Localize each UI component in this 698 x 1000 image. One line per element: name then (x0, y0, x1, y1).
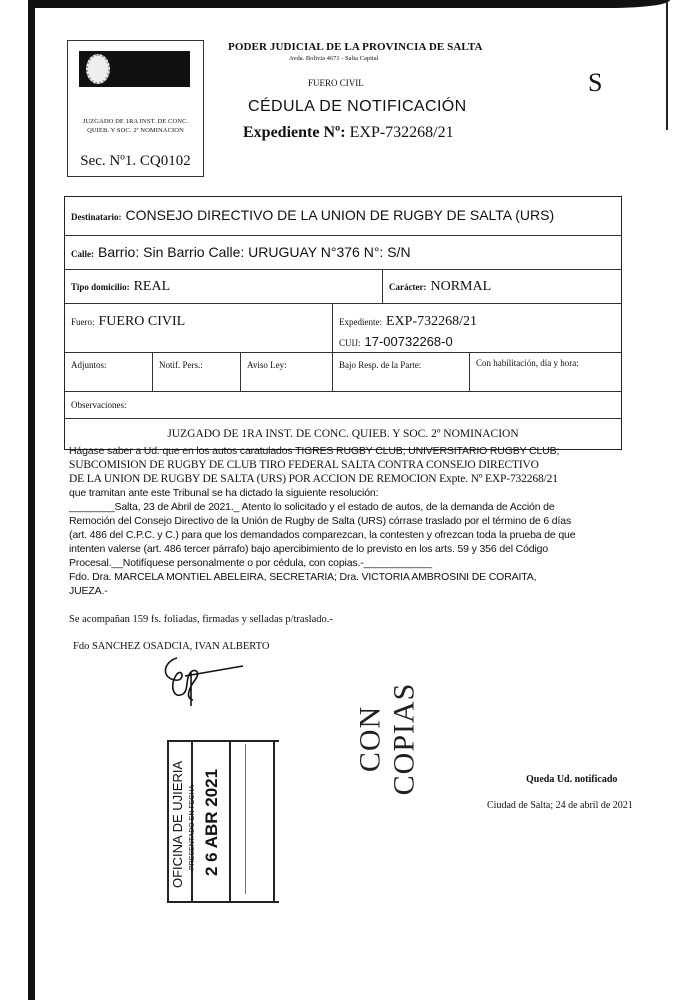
bajo-resp-field: Bajo Resp. de la Parte: (333, 353, 470, 391)
tipo-domicilio-value: REAL (134, 279, 171, 295)
court-header-box: JUZGADO DE 1RA INST. DE CONC. QUIEB. Y S… (67, 40, 204, 177)
caracter-value: NORMAL (430, 279, 491, 295)
notification-form: Destinatario: CONSEJO DIRECTIVO DE LA UN… (64, 196, 622, 450)
tipo-domicilio-label: Tipo domicilio: (71, 282, 130, 292)
institution-name: PODER JUDICIAL DE LA PROVINCIA DE SALTA (228, 41, 483, 53)
court-name: JUZGADO DE 1RA INST. DE CONC. QUIEB. Y S… (72, 117, 199, 135)
row-checkboxes: Adjuntos: Notif. Pers.: Aviso Ley: Bajo … (65, 353, 621, 392)
body-line: Procesal.__Notifíquese personalmente o p… (69, 556, 639, 570)
expediente-number: EXP-732268/21 (350, 124, 454, 141)
adjuntos-field: Adjuntos: (65, 353, 153, 391)
handwritten-signature (155, 650, 245, 710)
row-observaciones: Observaciones: (65, 392, 621, 419)
court-logo (79, 51, 190, 87)
scan-page-edge-top (30, 0, 670, 8)
cuij-value: 17-00732268-0 (365, 334, 453, 349)
row-calle: Calle: Barrio: Sin Barrio Calle: URUGUAY… (65, 236, 621, 270)
body-line: (art. 486 del C.P.C. y C.) para que los … (69, 528, 639, 542)
body-line: intenten valerse (art. 486 tercer párraf… (69, 542, 639, 556)
body-line: que tramitan ante este Tribunal se ha di… (69, 486, 639, 500)
expediente-field-label: Expediente: (339, 317, 382, 327)
destinatario-value: CONSEJO DIRECTIVO DE LA UNION DE RUGBY D… (126, 207, 555, 223)
document-title: CÉDULA DE NOTIFICACIÓN (248, 98, 467, 116)
body-line: Remoción del Consejo Directivo de la Uni… (69, 514, 639, 528)
observaciones-label: Observaciones: (65, 400, 132, 410)
body-line: Hágase saber a Ud. que en los autos cara… (69, 444, 639, 458)
expediente-field-value: EXP-732268/21 (386, 314, 477, 329)
institution-address: Avda. Bolivia 4671 - Salta Capital (289, 55, 378, 62)
ujieria-title: OFICINA DE UJIERIA (170, 761, 185, 888)
body-line: JUEZA.- (69, 584, 639, 598)
notif-pers-field: Notif. Pers.: (153, 353, 241, 391)
ujieria-stamp: OFICINA DE UJIERIA PRESENTADO EN FECHA 2… (167, 740, 287, 905)
cuij-label: CUIJ: (339, 338, 361, 348)
expediente-heading: Expediente Nº: EXP-732268/21 (243, 124, 454, 142)
body-line: ________Salta, 23 de Abril de 2021._ Ate… (69, 500, 639, 514)
row-fuero: Fuero: FUERO CIVIL Expediente: EXP-73226… (65, 304, 621, 353)
juzgado-name: JUZGADO DE 1RA INST. DE CONC. QUIEB. Y S… (161, 428, 524, 440)
ujieria-subtitle: PRESENTADO EN FECHA (189, 785, 196, 870)
calle-label: Calle: (71, 249, 94, 259)
habilitacion-field: Con habilitación, día y hora: (470, 353, 621, 391)
coat-of-arms-icon (86, 54, 110, 84)
resolution-text: Hágase saber a Ud. que en los autos cara… (69, 444, 639, 598)
caracter-label: Carácter: (389, 282, 426, 292)
place-and-date: Ciudad de Salta; 24 de abril de 2021 (487, 800, 633, 811)
row-destinatario: Destinatario: CONSEJO DIRECTIVO DE LA UN… (65, 197, 621, 236)
scan-page-edge-right (666, 0, 668, 130)
calle-value: Barrio: Sin Barrio Calle: URUGUAY N°376 … (98, 244, 411, 260)
body-line: Fdo. Dra. MARCELA MONTIEL ABELEIRA, SECR… (69, 570, 639, 584)
notified-note: Queda Ud. notificado (526, 774, 617, 785)
fuero-value: FUERO CIVIL (99, 314, 186, 329)
ujieria-date: 2 6 ABR 2021 (202, 769, 222, 876)
scan-page-edge-left (28, 0, 35, 1000)
body-line: SUBCOMISION DE RUGBY DE CLUB TIRO FEDERA… (69, 458, 639, 472)
annex-note: Se acompañan 159 fs. foliadas, firmadas … (69, 614, 333, 625)
destinatario-label: Destinatario: (71, 212, 122, 222)
fuero-label: Fuero: (71, 317, 95, 327)
con-copias-stamp: CON COPIAS (365, 645, 409, 805)
fuero-heading: FUERO CIVIL (308, 78, 364, 88)
expediente-label: Expediente Nº: (243, 124, 346, 141)
secretariat-code: Sec. Nº1. CQ0102 (68, 153, 203, 170)
body-line: DE LA UNION DE RUGBY DE SALTA (URS) POR … (69, 472, 639, 486)
row-domicilio: Tipo domicilio: REAL Carácter: NORMAL (65, 270, 621, 304)
aviso-ley-field: Aviso Ley: (241, 353, 333, 391)
corner-letter: S (588, 68, 602, 98)
